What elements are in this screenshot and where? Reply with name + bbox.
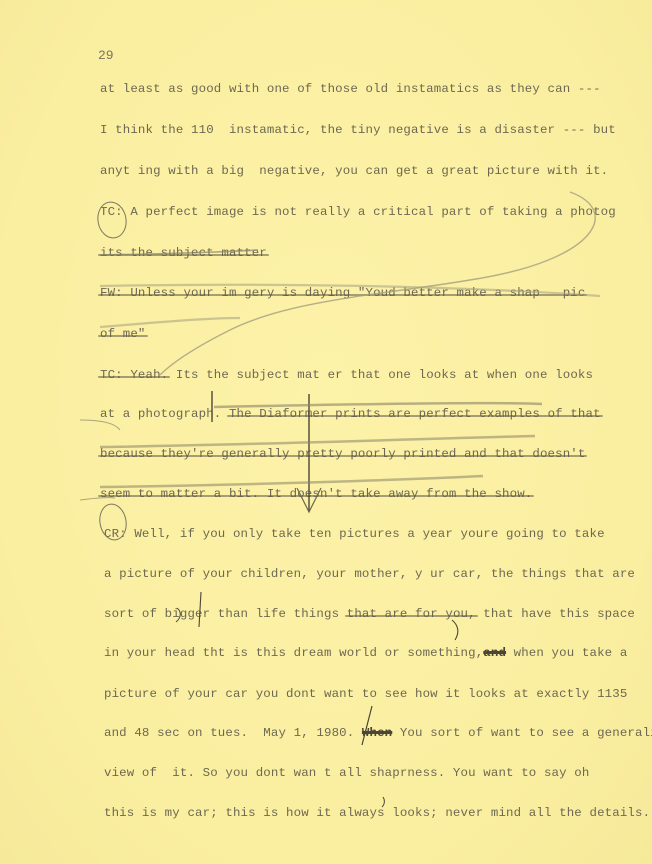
struck-text: because they're generally pretty poorly … <box>100 447 585 461</box>
typed-text: CR: Well, if you only take ten pictures … <box>104 527 605 541</box>
struck-text: of me" <box>100 327 146 341</box>
typed-text: that have this space <box>476 607 635 621</box>
blotted-text: and <box>483 646 506 660</box>
page-number: 29 <box>98 48 114 63</box>
typed-line: seem to matter a bit. It doesn't take aw… <box>100 487 532 501</box>
typed-line: CR: Well, if you only take ten pictures … <box>104 527 605 541</box>
document-page: 29 at least as good with one of those ol… <box>0 0 652 864</box>
blotted-text: When <box>362 726 392 740</box>
typed-line: I think the 110 instamatic, the tiny neg… <box>100 123 616 137</box>
typed-line: in your head tht is this dream world or … <box>104 646 627 660</box>
typed-text: sort of bigger than life things <box>104 607 347 621</box>
typed-text: Its the subject mat er that one looks at… <box>168 368 593 382</box>
struck-text: TC: Yeah. <box>100 368 168 382</box>
typed-line: of me" <box>100 327 146 341</box>
typed-text: You sort of want to see a generalized <box>392 726 652 740</box>
typed-line: sort of bigger than life things that are… <box>104 607 635 621</box>
typed-line: TC: Yeah. Its the subject mat er that on… <box>100 368 593 382</box>
struck-text: its the subject matter <box>100 246 267 260</box>
struck-text: FW: Unless your im gery is daying "Youd … <box>100 286 585 300</box>
typed-text: at least as good with one of those old i… <box>100 82 601 96</box>
struck-text: that are for you, <box>347 607 476 621</box>
typed-text: TC: A perfect image is not really a crit… <box>100 205 616 219</box>
typed-line: view of it. So you dont wan t all shaprn… <box>104 766 589 780</box>
typed-line: a picture of your children, your mother,… <box>104 567 635 581</box>
typed-text: anyt ing with a big negative, you can ge… <box>100 164 608 178</box>
typed-line: this is my car; this is how it always lo… <box>104 806 650 820</box>
struck-text: seem to matter a bit. It doesn't take aw… <box>100 487 532 501</box>
typed-text: a picture of your children, your mother,… <box>104 567 635 581</box>
pencil-loop-mark <box>160 192 595 375</box>
typed-line: picture of your car you dont want to see… <box>104 687 627 701</box>
typed-line: and 48 sec on tues. May 1, 1980. When Yo… <box>104 726 652 740</box>
typed-line: anyt ing with a big negative, you can ge… <box>100 164 608 178</box>
typed-text: picture of your car you dont want to see… <box>104 687 627 701</box>
typed-line: because they're generally pretty poorly … <box>100 447 585 461</box>
typed-line: FW: Unless your im gery is daying "Youd … <box>100 286 585 300</box>
typed-line: TC: A perfect image is not really a crit… <box>100 205 616 219</box>
typed-text: and 48 sec on tues. May 1, 1980. <box>104 726 362 740</box>
typed-text: at a photograph. <box>100 407 229 421</box>
typed-line: at a photograph. The Diaformer prints ar… <box>100 407 601 421</box>
typed-text: this is my car; this is how it always lo… <box>104 806 650 820</box>
struck-text: The Diaformer prints are perfect example… <box>229 407 601 421</box>
typed-text: when you take a <box>506 646 627 660</box>
typed-text: view of it. So you dont wan t all shaprn… <box>104 766 589 780</box>
typed-text: in your head tht is this dream world or … <box>104 646 483 660</box>
typed-text: I think the 110 instamatic, the tiny neg… <box>100 123 616 137</box>
typed-line: at least as good with one of those old i… <box>100 82 601 96</box>
typed-line: its the subject matter <box>100 246 267 260</box>
